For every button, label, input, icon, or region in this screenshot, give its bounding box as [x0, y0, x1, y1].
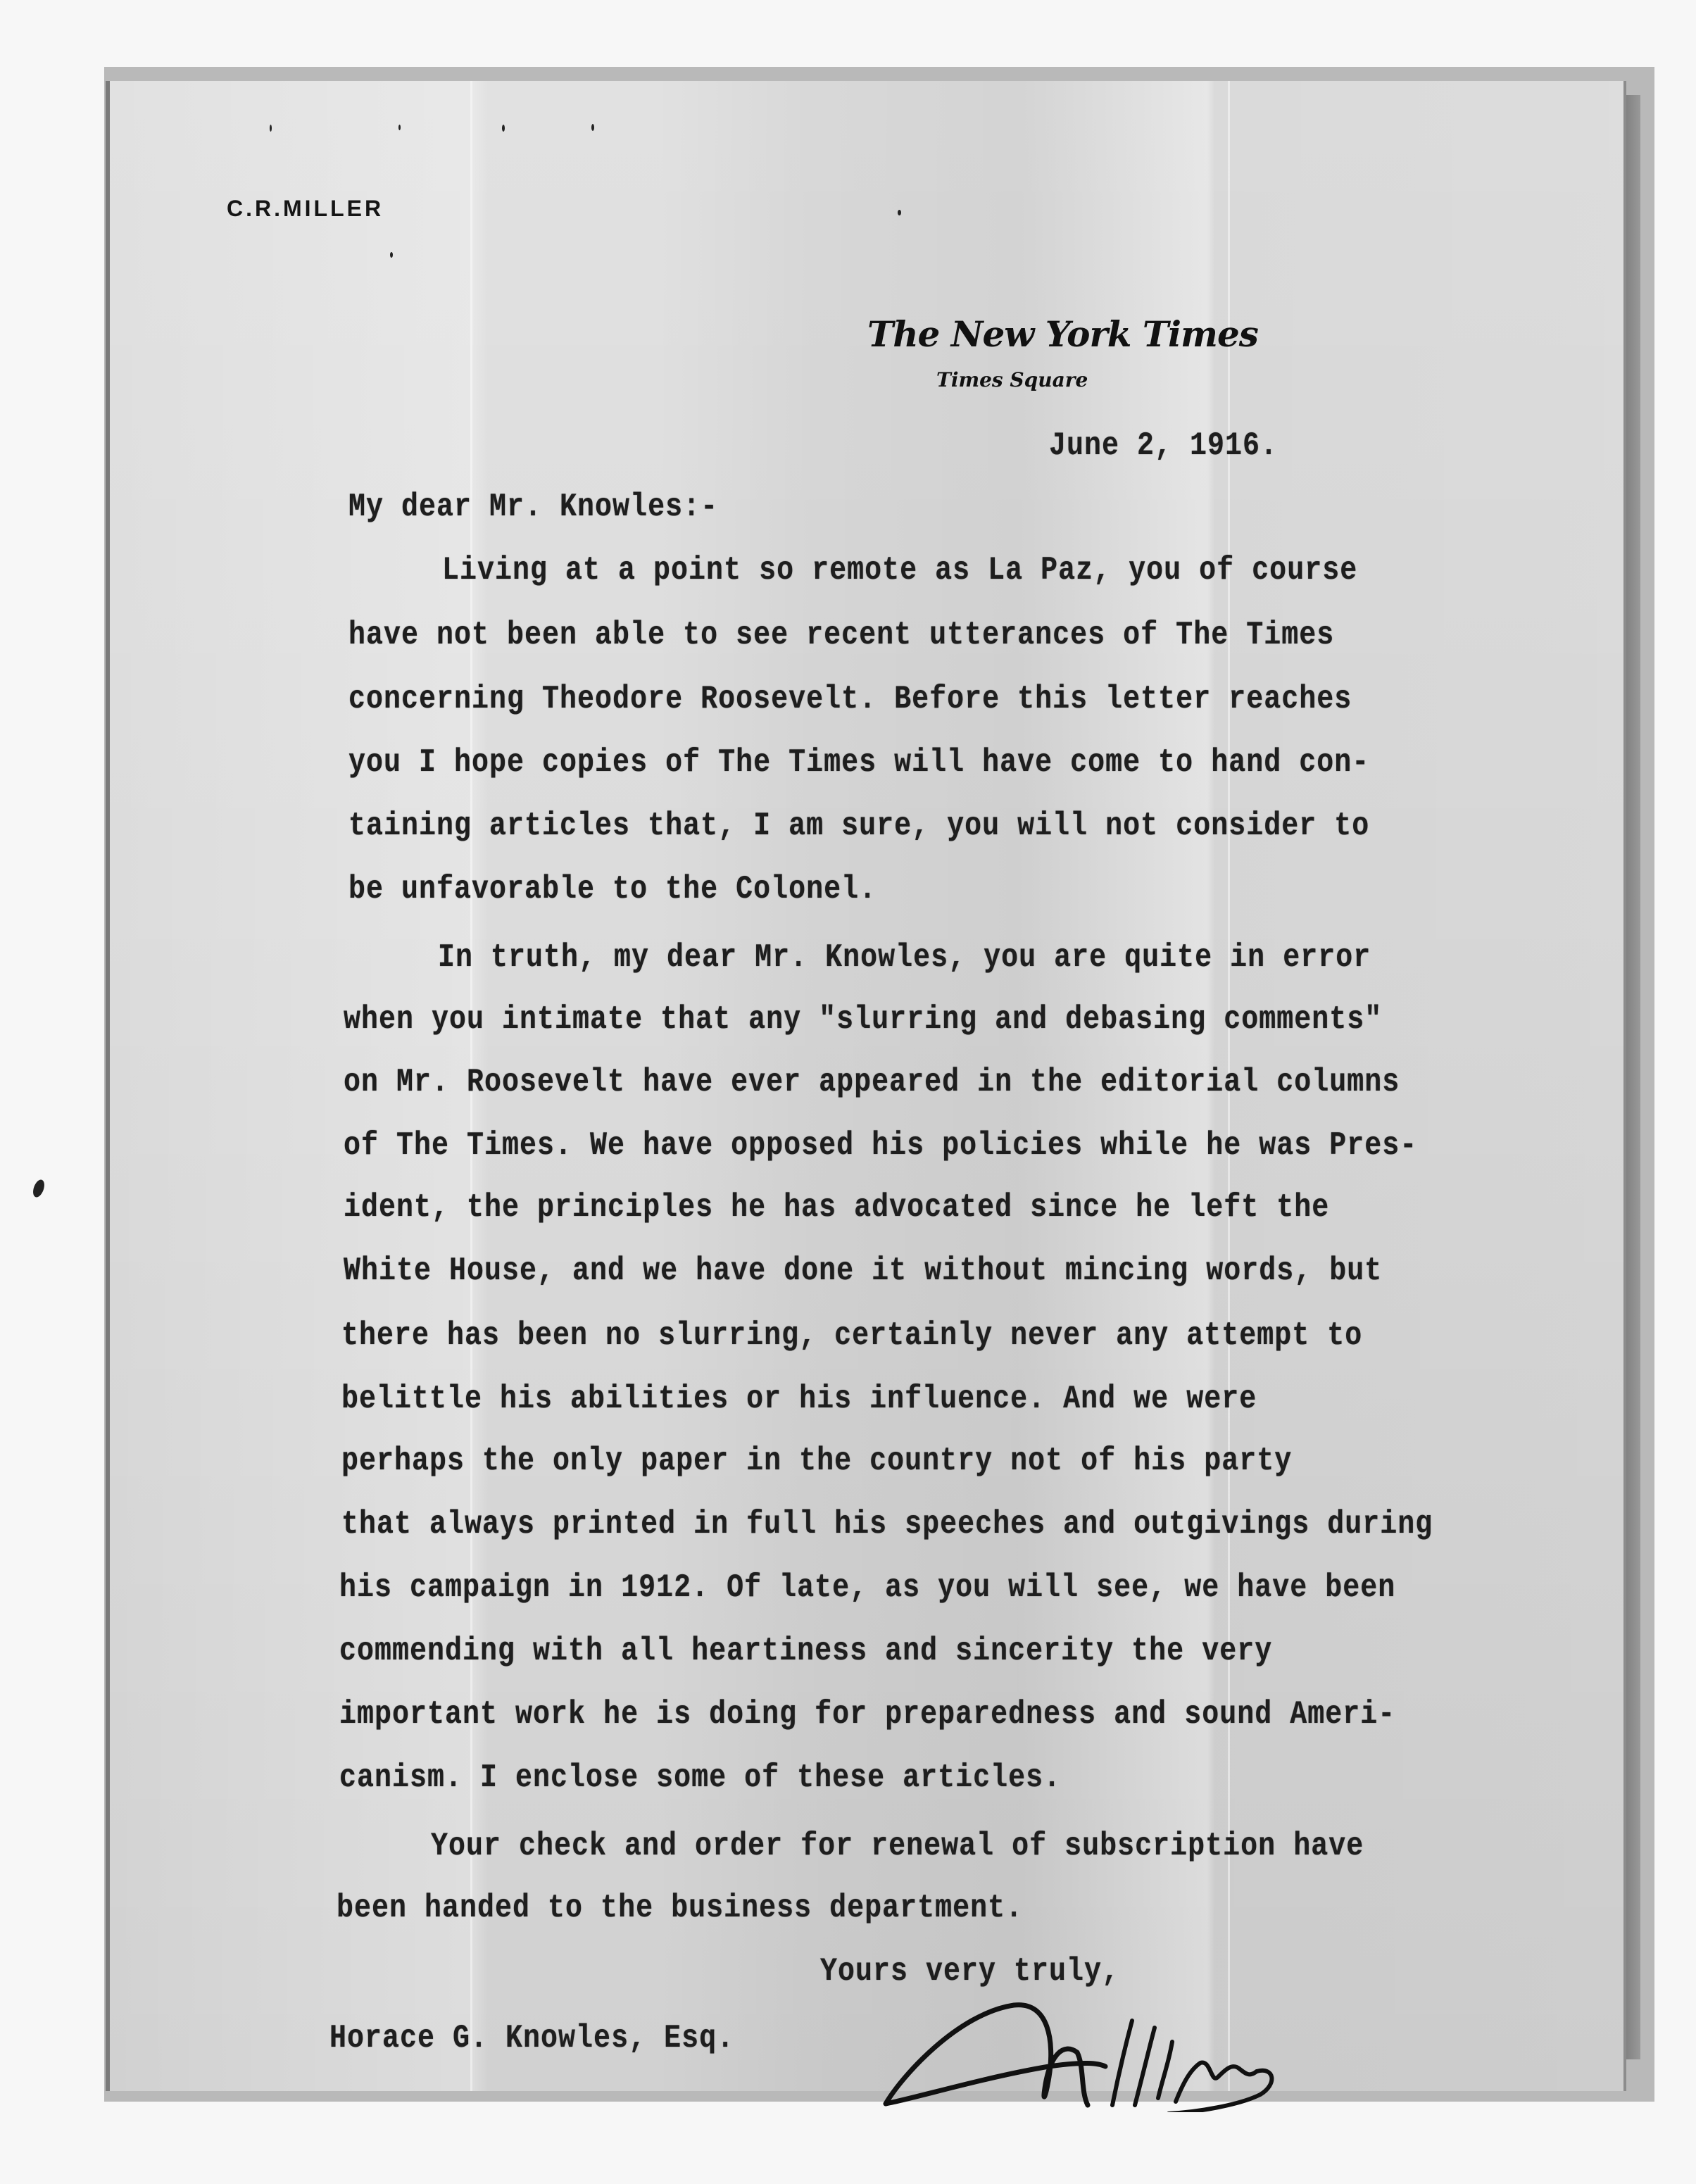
text-line: ident, the principles he has advocated s…: [344, 1190, 1329, 1226]
text-line: be unfavorable to the Colonel.: [348, 872, 877, 908]
ink-speck: [390, 252, 393, 258]
text-line: his campaign in 1912. Of late, as you wi…: [339, 1570, 1395, 1607]
text-line: concerning Theodore Roosevelt. Before th…: [348, 682, 1352, 718]
ink-speck: [398, 125, 401, 130]
text-line: In truth, my dear Mr. Knowles, you are q…: [438, 940, 1371, 977]
text-line: belittle his abilities or his influence.…: [341, 1381, 1257, 1418]
closing: Yours very truly,: [820, 1954, 1119, 1990]
addressee: Horace G. Knowles, Esq.: [329, 2021, 734, 2057]
text-line: that always printed in full his speeches…: [341, 1507, 1433, 1543]
sender-letterhead-name: C.R.MILLER: [227, 196, 384, 222]
newspaper-masthead: The New York Times: [867, 313, 1258, 355]
letter-date: June 2, 1916.: [1049, 428, 1278, 465]
text-line: important work he is doing for preparedn…: [339, 1697, 1395, 1733]
text-line: on Mr. Roosevelt have ever appeared in t…: [344, 1065, 1400, 1101]
ink-speck: [898, 210, 901, 215]
ink-speck: [502, 125, 505, 132]
text-line: taining articles that, I am sure, you wi…: [348, 808, 1369, 845]
text-line: White House, and we have done it without…: [344, 1253, 1382, 1290]
salutation: My dear Mr. Knowles:-: [348, 489, 718, 526]
masthead-address: Times Square: [936, 368, 1088, 391]
text-line: of The Times. We have opposed his polici…: [344, 1128, 1417, 1165]
text-line: have not been able to see recent utteran…: [348, 617, 1334, 654]
text-line: commending with all heartiness and since…: [339, 1633, 1272, 1670]
text-line: canism. I enclose some of these articles…: [339, 1760, 1061, 1797]
handwritten-signature: [873, 2000, 1408, 2112]
text-line: been handed to the business department.: [337, 1890, 1023, 1927]
text-line: when you intimate that any "slurring and…: [344, 1002, 1382, 1038]
text-line: perhaps the only paper in the country no…: [341, 1443, 1292, 1480]
ink-speck: [270, 125, 272, 132]
text-line: there has been no slurring, certainly ne…: [341, 1318, 1362, 1355]
ink-speck: [591, 124, 594, 131]
ink-mark: [31, 1178, 46, 1198]
text-line: Your check and order for renewal of subs…: [431, 1828, 1364, 1865]
text-line: you I hope copies of The Times will have…: [348, 745, 1369, 782]
text-line: Living at a point so remote as La Paz, y…: [442, 553, 1357, 589]
